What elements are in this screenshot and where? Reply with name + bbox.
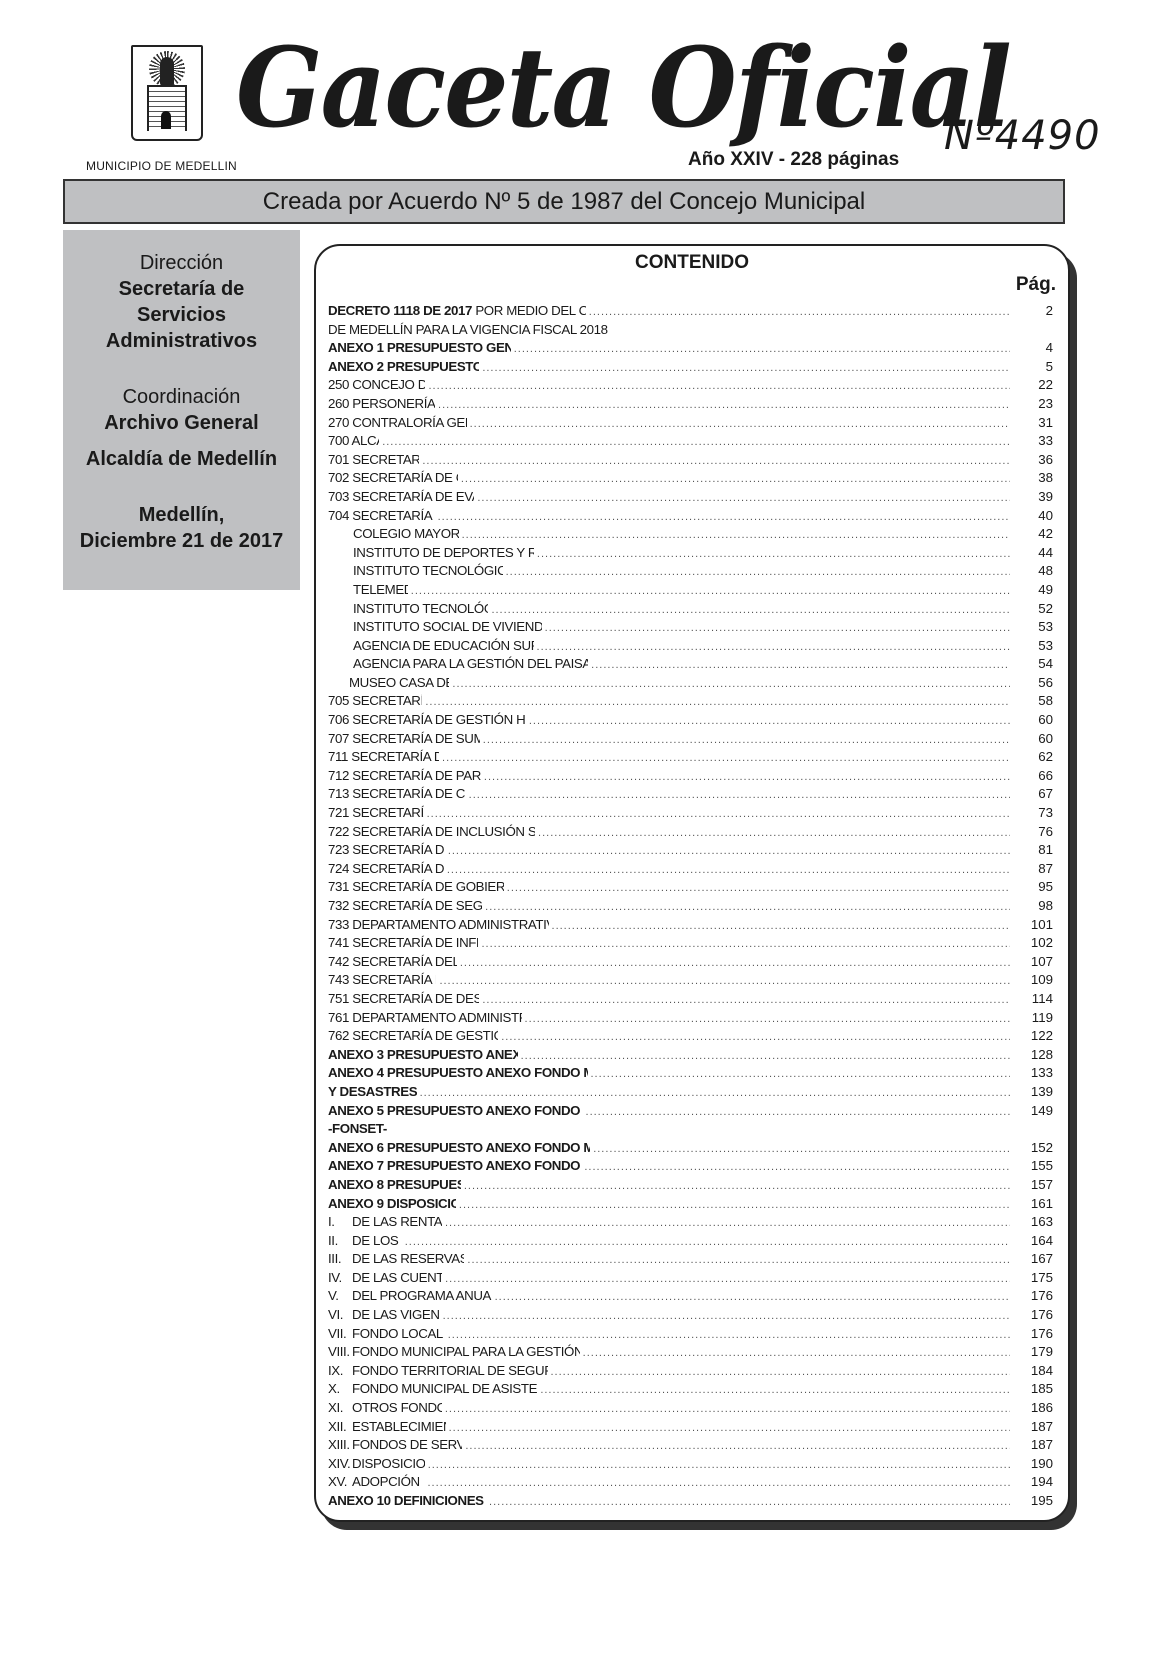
toc-entry-bold: ANEXO 2 PRESUPUESTO GENERAL DE GASTOS [328,359,479,374]
toc-entry-label: DE MEDELLÍN PARA LA VIGENCIA FISCAL 2018 [328,321,608,340]
dot-leader [460,954,1010,973]
toc-entry[interactable]: ANEXO 6 PRESUPUESTO ANEXO FONDO MUNICIPA… [328,1139,1053,1158]
toc-entry[interactable]: AGENCIA DE EDUCACIÓN SUPERIOR DE MEDELLÍ… [328,637,1053,656]
toc-entry[interactable]: 711 SECRETARÍA DE EDUCACIÓN62 [328,748,1053,767]
toc-entry[interactable]: XV.ADOPCIÓN DE NORMAS194 [328,1473,1053,1492]
toc-entry[interactable]: 731 SECRETARÍA DE GOBIERNO Y GESTIÓN DEL… [328,878,1053,897]
year-pages-label: Año XXIV - 228 páginas [688,149,899,171]
dot-leader [452,675,1010,694]
date-label: Diciembre 21 de 2017 [63,528,300,554]
dot-leader [537,638,1010,657]
toc-entry-label: 711 SECRETARÍA DE EDUCACIÓN [328,748,439,767]
dot-leader [540,1381,1010,1400]
dot-leader [529,712,1010,731]
dot-leader [521,1047,1010,1066]
toc-entry-text: INSTITUTO TECNOLÓGICO METROPOLITANO - IT… [353,563,503,578]
toc-entry-text: 724 SECRETARÍA DE LA JUVENTUD [328,861,444,876]
toc-entry-label: 270 CONTRALORÍA GENERAL DE MEDELLÍN [328,414,467,433]
toc-page-number: 67 [1013,785,1053,804]
toc-page-number: 76 [1013,823,1053,842]
dot-leader [422,452,1010,471]
toc-page-number: 39 [1013,488,1053,507]
toc-entry[interactable]: 723 SECRETARÍA DE LAS MUJERES81 [328,841,1053,860]
toc-page-number: 139 [1013,1083,1053,1102]
toc-entry[interactable]: 260 PERSONERÍA DE MEDELLÍN23 [328,395,1053,414]
dot-leader [442,749,1010,768]
toc-entry-label: 741 SECRETARÍA DE INFRAESTRUCTURA FÍSICA [328,934,478,953]
toc-entry-text: FONDO LOCAL DE SALUD -FLS- [352,1326,445,1341]
toc-entry-label: VII.FONDO LOCAL DE SALUD -FLS- [328,1325,445,1344]
toc-entry[interactable]: ANEXO 8 PRESUPUESTO PARTICIPATIVO157 [328,1176,1053,1195]
dot-leader [449,1419,1010,1438]
dot-leader [462,526,1010,545]
dot-leader [405,1233,1010,1252]
toc-entry[interactable]: VII.FONDO LOCAL DE SALUD -FLS-176 [328,1325,1053,1344]
dot-leader [420,1084,1010,1103]
toc-entry[interactable]: XIV.DISPOSICIONES VARIAS190 [328,1455,1053,1474]
toc-entry[interactable]: 742 SECRETARÍA DEL MEDIO AMBIENTE107 [328,953,1053,972]
toc-entry-text: 713 SECRETARÍA DE CULTURA CIUDADANA [328,786,466,801]
roman-numeral: X. [328,1380,352,1399]
toc-entry-bold: ANEXO 4 PRESUPUESTO ANEXO FONDO MUNICIPA… [328,1065,588,1080]
dot-leader [538,824,1010,843]
toc-page-number: 49 [1013,581,1053,600]
contents-box: CONTENIDO Pág. DECRETO 1118 DE 2017 POR … [314,244,1070,1522]
toc-entry-label: ANEXO 10 DEFINICIONES DE INGRESOS Y GAST… [328,1492,486,1511]
toc-entry-label: ANEXO 6 PRESUPUESTO ANEXO FONDO MUNICIPA… [328,1139,590,1158]
toc-entry[interactable]: 722 SECRETARÍA DE INCLUSIÓN SOCIAL, FAMI… [328,823,1053,842]
dot-leader [501,1028,1010,1047]
toc-entry-label: IV.DE LAS CUENTAS POR PAGAR [328,1269,442,1288]
toc-page-number: 128 [1013,1046,1053,1065]
toc-entry-label: 742 SECRETARÍA DEL MEDIO AMBIENTE [328,953,457,972]
toc-entry[interactable]: IX.FONDO TERRITORIAL DE SEGURIDAD Y CONV… [328,1362,1053,1381]
toc-entry-label: 743 SECRETARÍA DE MOVILIDAD [328,971,436,990]
toc-entry-text: DE LAS CUENTAS POR PAGAR [352,1270,442,1285]
toc-entry-label: ANEXO 4 PRESUPUESTO ANEXO FONDO MUNICIPA… [328,1064,588,1083]
dot-leader [482,359,1010,378]
roman-numeral: VI. [328,1306,352,1325]
toc-page-number: 53 [1013,618,1053,637]
toc-page-number: 48 [1013,562,1053,581]
toc-page-number: 114 [1013,990,1053,1009]
toc-page-number: 152 [1013,1139,1053,1158]
toc-entry-label: 260 PERSONERÍA DE MEDELLÍN [328,395,435,414]
toc-entry-label: INSTITUTO DE DEPORTES Y RECREACIÓN DE ME… [328,544,534,563]
toc-entry-label: 703 SECRETARÍA DE EVALUACIÓN Y CONTROL [328,488,474,507]
toc-entry-text: DE LAS RESERVAS PRESUPUESTALES [352,1251,464,1266]
dot-leader [514,340,1010,359]
toc-entry[interactable]: INSTITUTO TECNOLÓGICO PASCUAL BRAVO52 [328,600,1053,619]
toc-entry-label: 705 SECRETARÍA GENERAL [328,692,422,711]
toc-entry-text: DE LAS RENTAS Y RECURSOS [352,1214,442,1229]
toc-entry[interactable]: ANEXO 7 PRESUPUESTO ANEXO FONDO DE SOLID… [328,1157,1053,1176]
toc-entry-text: AGENCIA DE EDUCACIÓN SUPERIOR DE MEDELLÍ… [353,638,534,653]
toc-entry-text: 761 DEPARTAMENTO ADMINISTRATIVO DE PLANE… [328,1010,522,1025]
toc-entry-text: FONDO TERRITORIAL DE SEGURIDAD Y CONVIVE… [352,1363,548,1378]
toc-entry[interactable]: IV.DE LAS CUENTAS POR PAGAR175 [328,1269,1053,1288]
toc-page-number: 4 [1013,339,1053,358]
toc-entry-label: COLEGIO MAYOR DE ANTIOQUIA [328,525,459,544]
toc-entry-label: ANEXO 8 PRESUPUESTO PARTICIPATIVO [328,1176,461,1195]
roman-numeral: XI. [328,1399,352,1418]
toc-entry[interactable]: INSTITUTO SOCIAL DE VIVIENDA Y HÁBITAT D… [328,618,1053,637]
toc-entry[interactable]: DE MEDELLÍN PARA LA VIGENCIA FISCAL 2018 [328,321,1053,340]
toc-entry-text: 722 SECRETARÍA DE INCLUSIÓN SOCIAL, FAMI… [328,824,535,839]
toc-page-number: 31 [1013,414,1053,433]
toc-entry-text: 704 SECRETARÍA DE HACIENDA [328,508,435,523]
toc-entry-text: DISPOSICIONES VARIAS [352,1456,425,1471]
toc-entry[interactable]: 743 SECRETARÍA DE MOVILIDAD109 [328,971,1053,990]
dot-leader [445,1400,1010,1419]
municipality-label: MUNICIPIO DE MEDELLIN [86,159,237,173]
toc-page-number: 22 [1013,376,1053,395]
toc-entry[interactable]: 751 SECRETARÍA DE DESARROLLO ECONÓMICO11… [328,990,1053,1009]
toc-entry[interactable]: 721 SECRETARÍA DE SALUD73 [328,804,1053,823]
toc-entry-label: XI.OTROS FONDOS ESPECIALES [328,1399,442,1418]
toc-entry-label: ANEXO 7 PRESUPUESTO ANEXO FONDO DE SOLID… [328,1157,581,1176]
toc-entry-label: 732 SECRETARÍA DE SEGURIDAD Y CONVIVENCI… [328,897,482,916]
toc-entry-label: 761 DEPARTAMENTO ADMINISTRATIVO DE PLANE… [328,1009,522,1028]
toc-page-number: 119 [1013,1009,1053,1028]
toc-entry-text: 721 SECRETARÍA DE SALUD [328,805,424,820]
toc-entry[interactable]: 250 CONCEJO DE MEDELLÍN22 [328,376,1053,395]
toc-page-number: 60 [1013,730,1053,749]
roman-numeral: III. [328,1250,352,1269]
toc-page-number: 163 [1013,1213,1053,1232]
toc-entry-label: 762 SECRETARÍA DE GESTIÓN Y CONTROL TERR… [328,1027,498,1046]
dot-leader [482,991,1010,1010]
toc-entry[interactable]: ANEXO 3 PRESUPUESTO ANEXO FONDO LOCAL DE… [328,1046,1053,1065]
toc-entry[interactable]: 724 SECRETARÍA DE LA JUVENTUD87 [328,860,1053,879]
issue-number: Nº4490 [944,113,1101,159]
toc-page-number: 176 [1013,1306,1053,1325]
toc-entry-label: ANEXO 1 PRESUPUESTO GENERAL DE RENTAS Y … [328,339,511,358]
gazette-title: Gaceta Oficial [236,28,1010,148]
toc-entry[interactable]: 701 SECRETARÍA PRIVADA36 [328,451,1053,470]
toc-entry[interactable]: Y DESASTRES -FONGRD-139 [328,1083,1053,1102]
toc-entry-label: X.FONDO MUNICIPAL DE ASISTENCIA TÉCNICA … [328,1380,537,1399]
roman-numeral: II. [328,1232,352,1251]
toc-entry-label: 701 SECRETARÍA PRIVADA [328,451,419,470]
dot-leader [591,1065,1011,1084]
toc-entry[interactable]: 732 SECRETARÍA DE SEGURIDAD Y CONVIVENCI… [328,897,1053,916]
toc-page-number: 194 [1013,1473,1053,1492]
toc-entry[interactable]: ANEXO 4 PRESUPUESTO ANEXO FONDO MUNICIPA… [328,1064,1053,1083]
toc-page-number: 122 [1013,1027,1053,1046]
toc-entry[interactable]: INSTITUTO TECNOLÓGICO METROPOLITANO - IT… [328,562,1053,581]
toc-entry[interactable]: 706 SECRETARÍA DE GESTIÓN HUMANA Y SERVI… [328,711,1053,730]
dot-leader [537,545,1010,564]
toc-entry-text: 700 ALCALDÍA [328,433,379,448]
toc-page-number: 81 [1013,841,1053,860]
dot-leader [448,842,1010,861]
toc-page-number: 186 [1013,1399,1053,1418]
alcaldia-label: Alcaldía de Medellín [63,446,300,472]
toc-page-number: 107 [1013,953,1053,972]
toc-entry-label: 704 SECRETARÍA DE HACIENDA [328,507,435,526]
dot-leader [464,1177,1010,1196]
toc-page-number: 36 [1013,451,1053,470]
dot-leader [485,898,1010,917]
dot-leader [552,917,1010,936]
toc-entry-bold: ANEXO 8 PRESUPUESTO PARTICIPATIVO [328,1177,461,1192]
toc-entry-label: IX.FONDO TERRITORIAL DE SEGURIDAD Y CONV… [328,1362,548,1381]
toc-entry-text: DEL PROGRAMA ANUAL MENSUALIZADO DE CAJA [352,1288,492,1303]
toc-page-number: 187 [1013,1436,1053,1455]
toc-entry-text: 260 PERSONERÍA DE MEDELLÍN [328,396,435,411]
toc-entry[interactable]: ANEXO 9 DISPOSICIONES GENERALES161 [328,1195,1053,1214]
dot-leader [589,303,1010,322]
toc-entry-text: OTROS FONDOS ESPECIALES [352,1400,442,1415]
creation-banner: Creada por Acuerdo Nº 5 de 1987 del Conc… [63,179,1065,224]
toc-entry[interactable]: I.DE LAS RENTAS Y RECURSOS163 [328,1213,1053,1232]
place-label: Medellín, [63,502,300,528]
toc-entry-text: 711 SECRETARÍA DE EDUCACIÓN [328,749,439,764]
toc-entry-label: AGENCIA PARA LA GESTIÓN DEL PAISAJE, EL … [328,655,588,674]
virgin-figure-icon [160,57,174,85]
toc-entry-label: INSTITUTO TECNOLÓGICO PASCUAL BRAVO [328,600,488,619]
dot-leader [448,1326,1010,1345]
dot-leader [483,731,1010,750]
dot-leader [445,1270,1010,1289]
toc-page-number: 101 [1013,916,1053,935]
toc-entry-bold: -FONSET- [328,1121,387,1136]
toc-page-number: 44 [1013,544,1053,563]
direccion-line-3: Administrativos [63,328,300,354]
toc-entry-label: III.DE LAS RESERVAS PRESUPUESTALES [328,1250,464,1269]
toc-entry-text: 270 CONTRALORÍA GENERAL DE MEDELLÍN [328,415,467,430]
toc-entry[interactable]: 702 SECRETARÍA DE COMUNICACIONES38 [328,469,1053,488]
toc-entry-label: MUSEO CASA DE LA MEMORIA [328,674,449,693]
toc-entry-label: 250 CONCEJO DE MEDELLÍN [328,376,425,395]
toc-entry-label: INSTITUTO SOCIAL DE VIVIENDA Y HÁBITAT D… [328,618,542,637]
toc-entry-bold: ANEXO 6 PRESUPUESTO ANEXO FONDO MUNICIPA… [328,1140,590,1155]
coordinacion-value: Archivo General [63,410,300,436]
toc-entry-label: Y DESASTRES -FONGRD- [328,1083,417,1102]
dot-leader [495,1288,1010,1307]
toc-page-number: 195 [1013,1492,1053,1511]
toc-entry-bold: ANEXO 7 PRESUPUESTO ANEXO FONDO DE SOLID… [328,1158,581,1173]
toc-entry-label: XV.ADOPCIÓN DE NORMAS [328,1473,424,1492]
toc-entry[interactable]: ANEXO 2 PRESUPUESTO GENERAL DE GASTOS5 [328,358,1053,377]
roman-numeral: XIII. [328,1436,352,1455]
toc-page-number: 33 [1013,432,1053,451]
toc-entry-text: DE LOS GASTOS [352,1233,402,1248]
dot-leader [461,470,1010,489]
toc-entry-text: COLEGIO MAYOR DE ANTIOQUIA [353,526,459,541]
toc-entry[interactable]: VIII.FONDO MUNICIPAL PARA LA GESTIÓN DEL… [328,1343,1053,1362]
toc-entry[interactable]: ANEXO 1 PRESUPUESTO GENERAL DE RENTAS Y … [328,339,1053,358]
dot-leader [477,489,1010,508]
toc-entry-text: 743 SECRETARÍA DE MOVILIDAD [328,972,436,987]
toc-page-number: 54 [1013,655,1053,674]
dot-leader [443,1307,1010,1326]
table-of-contents: DECRETO 1118 DE 2017 POR MEDIO DEL CUAL … [328,302,1053,1511]
toc-entry[interactable]: XIII.FONDOS DE SERVICIOS EDUCATIVOS187 [328,1436,1053,1455]
toc-entry-label: ANEXO 2 PRESUPUESTO GENERAL DE GASTOS [328,358,479,377]
toc-entry-label: ANEXO 3 PRESUPUESTO ANEXO FONDO LOCAL DE… [328,1046,518,1065]
roman-numeral: XV. [328,1473,352,1492]
toc-page-number: 167 [1013,1250,1053,1269]
toc-entry-text: 751 SECRETARÍA DE DESARROLLO ECONÓMICO [328,991,479,1006]
toc-page-number: 176 [1013,1325,1053,1344]
toc-page-number: 175 [1013,1269,1053,1288]
toc-entry-label: 751 SECRETARÍA DE DESARROLLO ECONÓMICO [328,990,479,1009]
toc-entry-text: FONDOS DE SERVICIOS EDUCATIVOS [352,1437,462,1452]
toc-entry-bold: ANEXO 1 PRESUPUESTO GENERAL DE RENTAS Y … [328,340,511,355]
toc-entry[interactable]: ANEXO 5 PRESUPUESTO ANEXO FONDO TERRITOR… [328,1102,1053,1121]
toc-entry[interactable]: INSTITUTO DE DEPORTES Y RECREACIÓN DE ME… [328,544,1053,563]
toc-page-number: 187 [1013,1418,1053,1437]
toc-entry-label: XII.ESTABLECIMIENTOS PÚBLICOS [328,1418,446,1437]
toc-page-number: 2 [1013,302,1053,321]
toc-entry-label: AGENCIA DE EDUCACIÓN SUPERIOR DE MEDELLÍ… [328,637,534,656]
toc-entry[interactable]: MUSEO CASA DE LA MEMORIA56 [328,674,1053,693]
toc-page-number: 109 [1013,971,1053,990]
toc-page-number: 23 [1013,395,1053,414]
toc-entry[interactable]: 703 SECRETARÍA DE EVALUACIÓN Y CONTROL39 [328,488,1053,507]
toc-entry[interactable]: AGENCIA PARA LA GESTIÓN DEL PAISAJE, EL … [328,655,1053,674]
toc-entry-bold: Y DESASTRES -FONGRD- [328,1084,417,1099]
dot-leader [465,1437,1010,1456]
dot-leader [551,1363,1011,1382]
toc-entry[interactable]: ANEXO 10 DEFINICIONES DE INGRESOS Y GAST… [328,1492,1053,1511]
toc-page-number: 38 [1013,469,1053,488]
dot-leader [469,786,1010,805]
dot-leader [425,693,1010,712]
toc-entry-label: 713 SECRETARÍA DE CULTURA CIUDADANA [328,785,466,804]
dot-leader [545,619,1010,638]
toc-entry-label: VI.DE LAS VIGENCIAS FUTURAS [328,1306,440,1325]
toc-entry[interactable]: X.FONDO MUNICIPAL DE ASISTENCIA TÉCNICA … [328,1380,1053,1399]
roman-numeral: IX. [328,1362,352,1381]
toc-page-number: 157 [1013,1176,1053,1195]
toc-page-number: 176 [1013,1287,1053,1306]
roman-numeral: XII. [328,1418,352,1437]
dot-leader [445,1214,1010,1233]
toc-entry[interactable]: XI.OTROS FONDOS ESPECIALES186 [328,1399,1053,1418]
roman-numeral: VII. [328,1325,352,1344]
toc-entry-label: 700 ALCALDÍA [328,432,379,451]
toc-entry-label: INSTITUTO TECNOLÓGICO METROPOLITANO - IT… [328,562,503,581]
toc-page-number: 73 [1013,804,1053,823]
toc-entry-text: INSTITUTO DE DEPORTES Y RECREACIÓN DE ME… [353,545,534,560]
toc-page-number: 62 [1013,748,1053,767]
toc-page-number: 179 [1013,1343,1053,1362]
coordinacion-label: Coordinación [63,384,300,410]
toc-entry-text: ADOPCIÓN DE NORMAS [352,1474,424,1489]
door-icon [161,111,171,129]
toc-page-number: 164 [1013,1232,1053,1251]
contents-title: CONTENIDO [316,252,1068,274]
toc-entry[interactable]: 712 SECRETARÍA DE PARTICIPACIÓN CIUDADAN… [328,767,1053,786]
toc-page-number: 5 [1013,358,1053,377]
toc-entry[interactable]: V.DEL PROGRAMA ANUAL MENSUALIZADO DE CAJ… [328,1287,1053,1306]
toc-entry-label: 733 DEPARTAMENTO ADMINISTRATIVO DE GESTI… [328,916,549,935]
dot-leader [438,396,1010,415]
toc-entry[interactable]: 733 DEPARTAMENTO ADMINISTRATIVO DE GESTI… [328,916,1053,935]
dot-leader [470,415,1010,434]
toc-entry-label: 706 SECRETARÍA DE GESTIÓN HUMANA Y SERVI… [328,711,526,730]
toc-entry[interactable]: -FONSET- [328,1120,1053,1139]
toc-entry-label: 707 SECRETARÍA DE SUMINISTROS Y SERVICIO… [328,730,480,749]
toc-entry-label: II.DE LOS GASTOS [328,1232,402,1251]
toc-entry-text: MUSEO CASA DE LA MEMORIA [349,675,449,690]
dot-leader [427,1474,1010,1493]
toc-entry-text: TELEMEDELLÍN [353,582,408,597]
dot-leader [591,656,1010,675]
direccion-label: Dirección [63,250,300,276]
toc-entry-label: 702 SECRETARÍA DE COMUNICACIONES [328,469,458,488]
toc-page-number: 98 [1013,897,1053,916]
dot-leader [525,1010,1010,1029]
dot-leader [438,508,1010,527]
dot-leader [411,582,1010,601]
toc-entry[interactable]: II.DE LOS GASTOS164 [328,1232,1053,1251]
toc-entry[interactable]: DECRETO 1118 DE 2017 POR MEDIO DEL CUAL … [328,302,1053,321]
toc-entry[interactable]: 704 SECRETARÍA DE HACIENDA40 [328,507,1053,526]
toc-entry-label: VIII.FONDO MUNICIPAL PARA LA GESTIÓN DEL… [328,1343,580,1362]
toc-page-number: 42 [1013,525,1053,544]
toc-entry[interactable]: 270 CONTRALORÍA GENERAL DE MEDELLÍN31 [328,414,1053,433]
direccion-line-1: Secretaría de [63,276,300,302]
direccion-line-2: Servicios [63,302,300,328]
toc-page-number: 185 [1013,1380,1053,1399]
toc-page-number: 40 [1013,507,1053,526]
toc-entry-label: 712 SECRETARÍA DE PARTICIPACIÓN CIUDADAN… [328,767,481,786]
dot-leader [382,433,1010,452]
dot-leader [459,1196,1010,1215]
toc-entry-text: FONDO MUNICIPAL PARA LA GESTIÓN DEL RIES… [352,1344,580,1359]
dot-leader [593,1140,1010,1159]
toc-page-number: 56 [1013,674,1053,693]
toc-entry-bold: ANEXO 3 PRESUPUESTO ANEXO FONDO LOCAL DE… [328,1047,518,1062]
toc-entry[interactable]: 762 SECRETARÍA DE GESTIÓN Y CONTROL TERR… [328,1027,1053,1046]
toc-entry-text: 706 SECRETARÍA DE GESTIÓN HUMANA Y SERVI… [328,712,526,727]
toc-entry[interactable]: III.DE LAS RESERVAS PRESUPUESTALES167 [328,1250,1053,1269]
roman-numeral: XIV. [328,1455,352,1474]
dot-leader [586,1103,1010,1122]
toc-entry[interactable]: 700 ALCALDÍA33 [328,432,1053,451]
toc-entry[interactable]: TELEMEDELLÍN49 [328,581,1053,600]
toc-page-number: 60 [1013,711,1053,730]
toc-entry[interactable]: XII.ESTABLECIMIENTOS PÚBLICOS187 [328,1418,1053,1437]
dot-leader [481,935,1010,954]
toc-entry[interactable]: 713 SECRETARÍA DE CULTURA CIUDADANA67 [328,785,1053,804]
toc-entry[interactable]: 707 SECRETARÍA DE SUMINISTROS Y SERVICIO… [328,730,1053,749]
toc-entry-text: ESTABLECIMIENTOS PÚBLICOS [352,1419,446,1434]
toc-entry[interactable]: 761 DEPARTAMENTO ADMINISTRATIVO DE PLANE… [328,1009,1053,1028]
toc-entry[interactable]: VI.DE LAS VIGENCIAS FUTURAS176 [328,1306,1053,1325]
toc-entry[interactable]: 705 SECRETARÍA GENERAL58 [328,692,1053,711]
toc-entry-text: 250 CONCEJO DE MEDELLÍN [328,377,425,392]
toc-entry-label: 723 SECRETARÍA DE LAS MUJERES [328,841,445,860]
toc-page-number: 161 [1013,1195,1053,1214]
dot-leader [489,1493,1010,1512]
dot-leader [484,768,1010,787]
toc-entry-bold: ANEXO 9 DISPOSICIONES GENERALES [328,1196,456,1211]
dot-leader [467,1251,1010,1270]
dot-leader [439,972,1010,991]
dot-leader [427,805,1010,824]
toc-entry-label: 724 SECRETARÍA DE LA JUVENTUD [328,860,444,879]
dot-leader [428,1456,1010,1475]
roman-numeral: V. [328,1287,352,1306]
toc-entry[interactable]: COLEGIO MAYOR DE ANTIOQUIA42 [328,525,1053,544]
toc-entry[interactable]: 741 SECRETARÍA DE INFRAESTRUCTURA FÍSICA… [328,934,1053,953]
toc-entry-label: -FONSET- [328,1120,387,1139]
